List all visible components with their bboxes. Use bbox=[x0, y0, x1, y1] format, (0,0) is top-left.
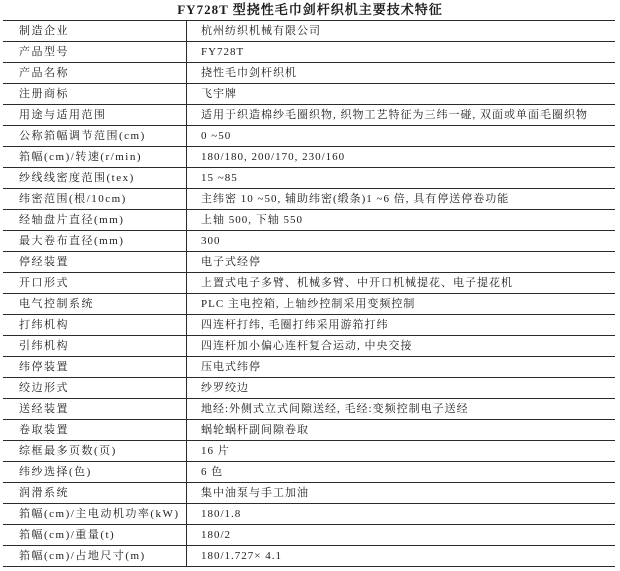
spec-value: 180/180, 200/170, 230/160 bbox=[187, 147, 616, 168]
table-row: 用途与适用范围 适用于织造棉纱毛圈织物, 织物工艺特征为三纬一碰, 双面或单面毛… bbox=[3, 105, 615, 126]
spec-label: 润滑系统 bbox=[3, 483, 187, 504]
spec-value: 6 色 bbox=[187, 462, 616, 483]
spec-value: FY728T bbox=[187, 42, 616, 63]
table-row: 润滑系统 集中油泵与手工加油 bbox=[3, 483, 615, 504]
table-row: 纬密范围(根/10cm) 主纬密 10 ~50, 辅助纬密(缎条)1 ~6 倍,… bbox=[3, 189, 615, 210]
spec-label: 筘幅(cm)/转速(r/min) bbox=[3, 147, 187, 168]
table-row: 筘幅(cm)/重量(t) 180/2 bbox=[3, 525, 615, 546]
spec-value: 主纬密 10 ~50, 辅助纬密(缎条)1 ~6 倍, 具有停送停卷功能 bbox=[187, 189, 616, 210]
table-row: 公称筘幅调节范围(cm) 0 ~50 bbox=[3, 126, 615, 147]
spec-value: 300 bbox=[187, 231, 616, 252]
spec-value: 四连杆加小偏心连杆复合运动, 中央交接 bbox=[187, 336, 616, 357]
spec-label: 绞边形式 bbox=[3, 378, 187, 399]
table-row: 最大卷布直径(mm) 300 bbox=[3, 231, 615, 252]
spec-label: 产品名称 bbox=[3, 63, 187, 84]
table-row: 经轴盘片直径(mm) 上轴 500, 下轴 550 bbox=[3, 210, 615, 231]
spec-value: 飞宇牌 bbox=[187, 84, 616, 105]
spec-label: 电气控制系统 bbox=[3, 294, 187, 315]
table-row: 产品名称 挠性毛巾剑杆织机 bbox=[3, 63, 615, 84]
spec-value: 杭州纺织机械有限公司 bbox=[187, 21, 616, 42]
table-row: 引纬机构 四连杆加小偏心连杆复合运动, 中央交接 bbox=[3, 336, 615, 357]
spec-value: 适用于织造棉纱毛圈织物, 织物工艺特征为三纬一碰, 双面或单面毛圈织物 bbox=[187, 105, 616, 126]
spec-label: 纱线线密度范围(tex) bbox=[3, 168, 187, 189]
table-row: 卷取装置 蜗轮蜗杆副间隙卷取 bbox=[3, 420, 615, 441]
spec-value: 180/1.8 bbox=[187, 504, 616, 525]
spec-value: 15 ~85 bbox=[187, 168, 616, 189]
spec-value: 16 片 bbox=[187, 441, 616, 462]
spec-label: 筘幅(cm)/占地尺寸(m) bbox=[3, 546, 187, 567]
spec-label: 用途与适用范围 bbox=[3, 105, 187, 126]
spec-table: 制造企业 杭州纺织机械有限公司 产品型号 FY728T 产品名称 挠性毛巾剑杆织… bbox=[3, 20, 615, 567]
spec-value: 电子式经停 bbox=[187, 252, 616, 273]
spec-value: PLC 主电控箱, 上轴纱控制采用变频控制 bbox=[187, 294, 616, 315]
spec-label: 制造企业 bbox=[3, 21, 187, 42]
table-row: 开口形式 上置式电子多臂、机械多臂、中开口机械提花、电子提花机 bbox=[3, 273, 615, 294]
table-row: 绞边形式 纱罗绞边 bbox=[3, 378, 615, 399]
table-row: 纱线线密度范围(tex) 15 ~85 bbox=[3, 168, 615, 189]
table-row: 产品型号 FY728T bbox=[3, 42, 615, 63]
table-row: 综框最多页数(页) 16 片 bbox=[3, 441, 615, 462]
spec-label: 停经装置 bbox=[3, 252, 187, 273]
spec-label: 送经装置 bbox=[3, 399, 187, 420]
spec-label: 经轴盘片直径(mm) bbox=[3, 210, 187, 231]
table-row: 筘幅(cm)/主电动机功率(kW) 180/1.8 bbox=[3, 504, 615, 525]
page-title: FY728T 型挠性毛巾剑杆织机主要技术特征 bbox=[0, 0, 620, 20]
spec-label: 卷取装置 bbox=[3, 420, 187, 441]
spec-label: 打纬机构 bbox=[3, 315, 187, 336]
spec-label: 开口形式 bbox=[3, 273, 187, 294]
spec-label: 纬密范围(根/10cm) bbox=[3, 189, 187, 210]
table-row: 停经装置 电子式经停 bbox=[3, 252, 615, 273]
spec-value: 0 ~50 bbox=[187, 126, 616, 147]
table-row: 纬纱选择(色) 6 色 bbox=[3, 462, 615, 483]
table-row: 筘幅(cm)/转速(r/min) 180/180, 200/170, 230/1… bbox=[3, 147, 615, 168]
document-page: FY728T 型挠性毛巾剑杆织机主要技术特征 制造企业 杭州纺织机械有限公司 产… bbox=[0, 0, 620, 571]
spec-label: 引纬机构 bbox=[3, 336, 187, 357]
spec-value: 上轴 500, 下轴 550 bbox=[187, 210, 616, 231]
table-row: 注册商标 飞宇牌 bbox=[3, 84, 615, 105]
spec-value: 蜗轮蜗杆副间隙卷取 bbox=[187, 420, 616, 441]
spec-value: 地经:外侧式立式间隙送经, 毛经:变频控制电子送经 bbox=[187, 399, 616, 420]
spec-value: 集中油泵与手工加油 bbox=[187, 483, 616, 504]
spec-value: 上置式电子多臂、机械多臂、中开口机械提花、电子提花机 bbox=[187, 273, 616, 294]
spec-value: 180/1.727× 4.1 bbox=[187, 546, 616, 567]
spec-value: 挠性毛巾剑杆织机 bbox=[187, 63, 616, 84]
spec-value: 180/2 bbox=[187, 525, 616, 546]
table-row: 制造企业 杭州纺织机械有限公司 bbox=[3, 21, 615, 42]
spec-label: 最大卷布直径(mm) bbox=[3, 231, 187, 252]
spec-label: 纬纱选择(色) bbox=[3, 462, 187, 483]
spec-label: 筘幅(cm)/重量(t) bbox=[3, 525, 187, 546]
spec-label: 产品型号 bbox=[3, 42, 187, 63]
spec-label: 纬停装置 bbox=[3, 357, 187, 378]
spec-label: 注册商标 bbox=[3, 84, 187, 105]
spec-label: 公称筘幅调节范围(cm) bbox=[3, 126, 187, 147]
spec-label: 综框最多页数(页) bbox=[3, 441, 187, 462]
table-row: 送经装置 地经:外侧式立式间隙送经, 毛经:变频控制电子送经 bbox=[3, 399, 615, 420]
spec-label: 筘幅(cm)/主电动机功率(kW) bbox=[3, 504, 187, 525]
spec-value: 四连杆打纬, 毛圈打纬采用游筘打纬 bbox=[187, 315, 616, 336]
spec-value: 纱罗绞边 bbox=[187, 378, 616, 399]
spec-value: 压电式纬停 bbox=[187, 357, 616, 378]
table-row: 纬停装置 压电式纬停 bbox=[3, 357, 615, 378]
table-row: 电气控制系统 PLC 主电控箱, 上轴纱控制采用变频控制 bbox=[3, 294, 615, 315]
table-row: 打纬机构 四连杆打纬, 毛圈打纬采用游筘打纬 bbox=[3, 315, 615, 336]
table-row: 筘幅(cm)/占地尺寸(m) 180/1.727× 4.1 bbox=[3, 546, 615, 567]
